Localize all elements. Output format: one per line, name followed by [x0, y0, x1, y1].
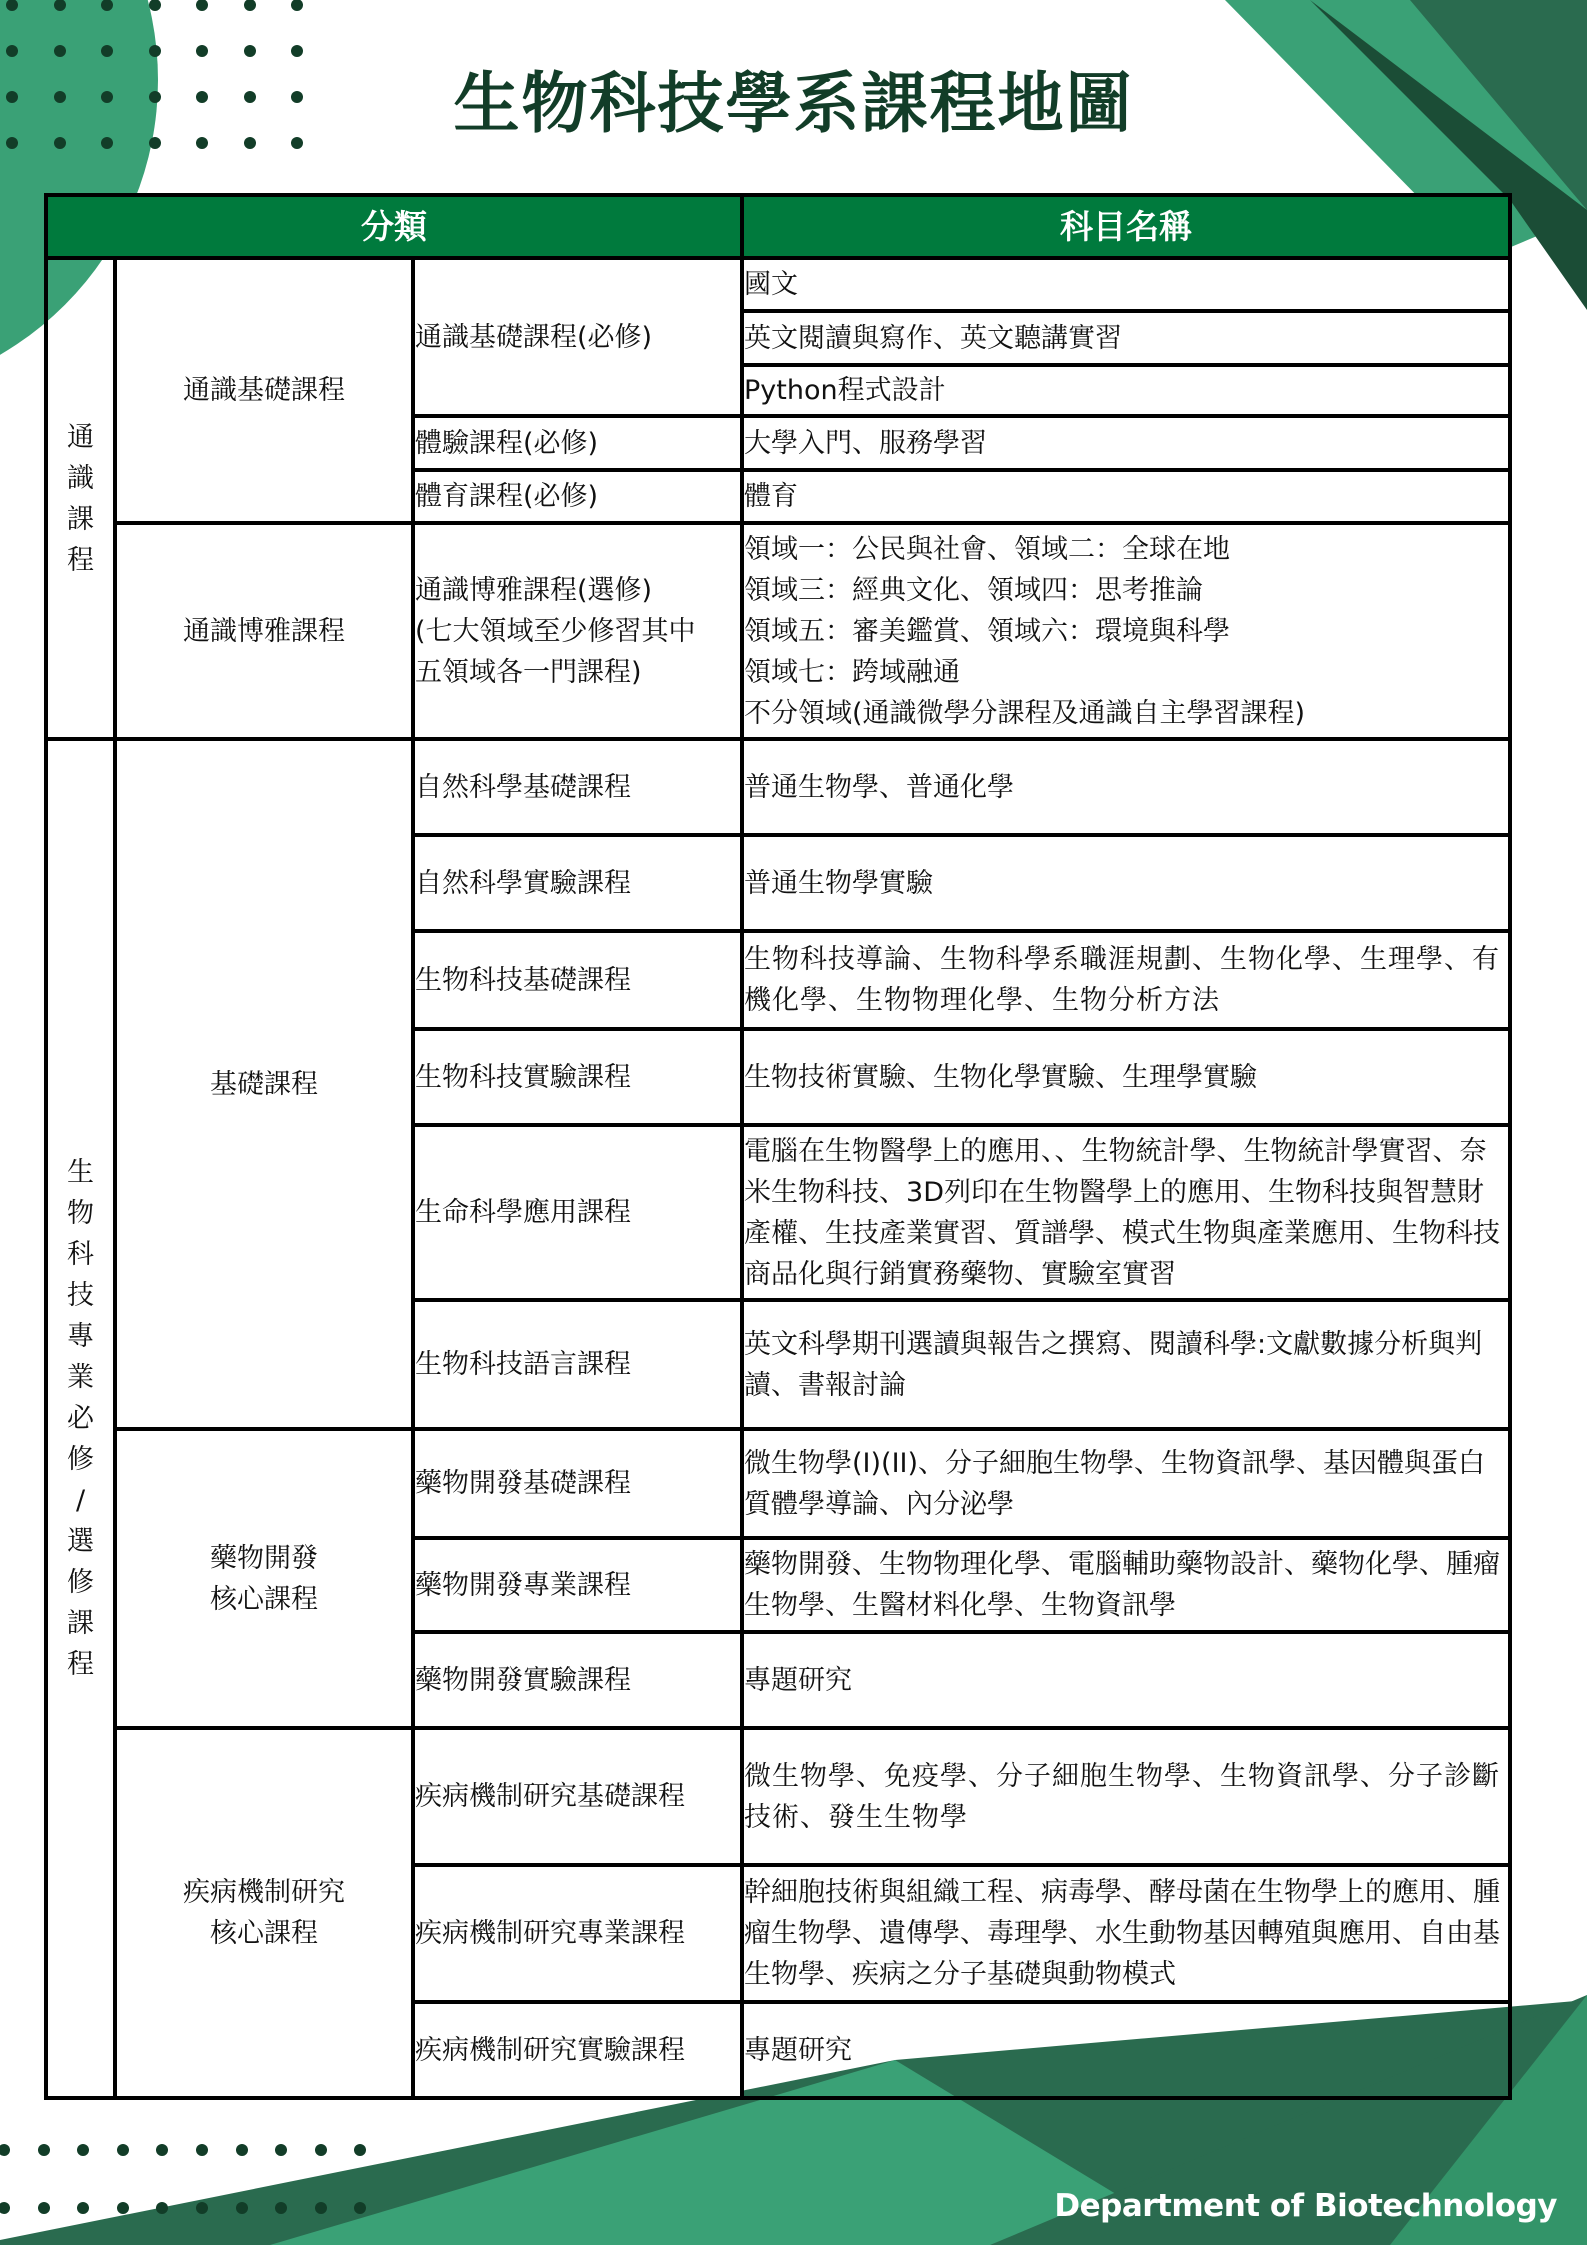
group-label: 疾病機制研究 核心課程 — [115, 1728, 413, 2098]
table-header-row: 分類 科目名稱 — [46, 195, 1510, 258]
subcategory-label: 藥物開發專業課程 — [413, 1538, 742, 1632]
department-footer: Department of Biotechnology — [1054, 2188, 1557, 2224]
course-cell: 電腦在生物醫學上的應用、、生物統計學、生物統計學實習、奈米生物科技、3D列印在生… — [742, 1125, 1510, 1300]
section-label-general: 通識課程 — [46, 258, 115, 739]
course-cell: 英文閱讀與寫作、英文聽講實習 — [742, 311, 1510, 365]
table-row: 生物科技專業必修/選修課程 基礎課程 自然科學基礎課程 普通生物學、普通化學 — [46, 739, 1510, 835]
group-label: 藥物開發 核心課程 — [115, 1429, 413, 1728]
subcategory-label: 通識博雅課程(選修) (七大領域至少修習其中 五領域各一門課程) — [413, 523, 742, 739]
course-cell: 微生物學、免疫學、分子細胞生物學、生物資訊學、分子診斷技術、發生生物學 — [742, 1728, 1510, 1865]
group-label: 基礎課程 — [115, 739, 413, 1429]
subcategory-label: 疾病機制研究實驗課程 — [413, 2002, 742, 2098]
group-label: 通識博雅課程 — [115, 523, 413, 739]
course-cell: 國文 — [742, 258, 1510, 311]
subcategory-label: 生物科技語言課程 — [413, 1300, 742, 1429]
subcategory-label: 生命科學應用課程 — [413, 1125, 742, 1300]
course-cell: 生物技術實驗、生物化學實驗、生理學實驗 — [742, 1029, 1510, 1125]
course-cell: 專題研究 — [742, 2002, 1510, 2098]
subcategory-label: 藥物開發基礎課程 — [413, 1429, 742, 1538]
group-label: 通識基礎課程 — [115, 258, 413, 523]
subcategory-label: 體育課程(必修) — [413, 470, 742, 523]
decorative-dots-bottom — [0, 2144, 366, 2214]
curriculum-table: 分類 科目名稱 通識課程 通識基礎課程 通識基礎課程(必修) 國文 英文閱讀與寫… — [44, 193, 1512, 2100]
page-title: 生物科技學系課程地圖 — [0, 50, 1587, 145]
subcategory-label: 通識基礎課程(必修) — [413, 258, 742, 416]
subcategory-label: 生物科技基礎課程 — [413, 931, 742, 1029]
subcategory-label: 疾病機制研究專業課程 — [413, 1865, 742, 2002]
subcategory-label: 藥物開發實驗課程 — [413, 1632, 742, 1728]
subcategory-label: 自然科學基礎課程 — [413, 739, 742, 835]
course-cell: 生物科技導論、生物科學系職涯規劃、生物化學、生理學、有機化學、生物物理化學、生物… — [742, 931, 1510, 1029]
header-category: 分類 — [46, 195, 742, 258]
subcategory-label: 疾病機制研究基礎課程 — [413, 1728, 742, 1865]
subcategory-label: 體驗課程(必修) — [413, 416, 742, 470]
table-row: 通識課程 通識基礎課程 通識基礎課程(必修) 國文 — [46, 258, 1510, 311]
course-cell: 微生物學(I)(II)、分子細胞生物學、生物資訊學、基因體與蛋白質體學導論、內分… — [742, 1429, 1510, 1538]
course-cell: 普通生物學、普通化學 — [742, 739, 1510, 835]
course-cell: Python程式設計 — [742, 365, 1510, 416]
table-row: 通識博雅課程 通識博雅課程(選修) (七大領域至少修習其中 五領域各一門課程) … — [46, 523, 1510, 739]
course-cell: 專題研究 — [742, 1632, 1510, 1728]
table-row: 藥物開發 核心課程 藥物開發基礎課程 微生物學(I)(II)、分子細胞生物學、生… — [46, 1429, 1510, 1538]
table-row: 疾病機制研究 核心課程 疾病機制研究基礎課程 微生物學、免疫學、分子細胞生物學、… — [46, 1728, 1510, 1865]
course-cell: 大學入門、服務學習 — [742, 416, 1510, 470]
course-cell: 體育 — [742, 470, 1510, 523]
header-course-name: 科目名稱 — [742, 195, 1510, 258]
course-cell: 英文科學期刊選讀與報告之撰寫、閱讀科學:文獻數據分析與判讀、書報討論 — [742, 1300, 1510, 1429]
course-cell: 幹細胞技術與組織工程、病毒學、酵母菌在生物學上的應用、腫瘤生物學、遺傳學、毒理學… — [742, 1865, 1510, 2002]
subcategory-label: 生物科技實驗課程 — [413, 1029, 742, 1125]
course-cell: 領域一：公民與社會、領域二：全球在地 領域三：經典文化、領域四：思考推論 領域五… — [742, 523, 1510, 739]
section-label-major: 生物科技專業必修/選修課程 — [46, 739, 115, 2098]
course-cell: 藥物開發、生物物理化學、電腦輔助藥物設計、藥物化學、腫瘤生物學、生醫材料化學、生… — [742, 1538, 1510, 1632]
course-cell: 普通生物學實驗 — [742, 835, 1510, 931]
subcategory-label: 自然科學實驗課程 — [413, 835, 742, 931]
